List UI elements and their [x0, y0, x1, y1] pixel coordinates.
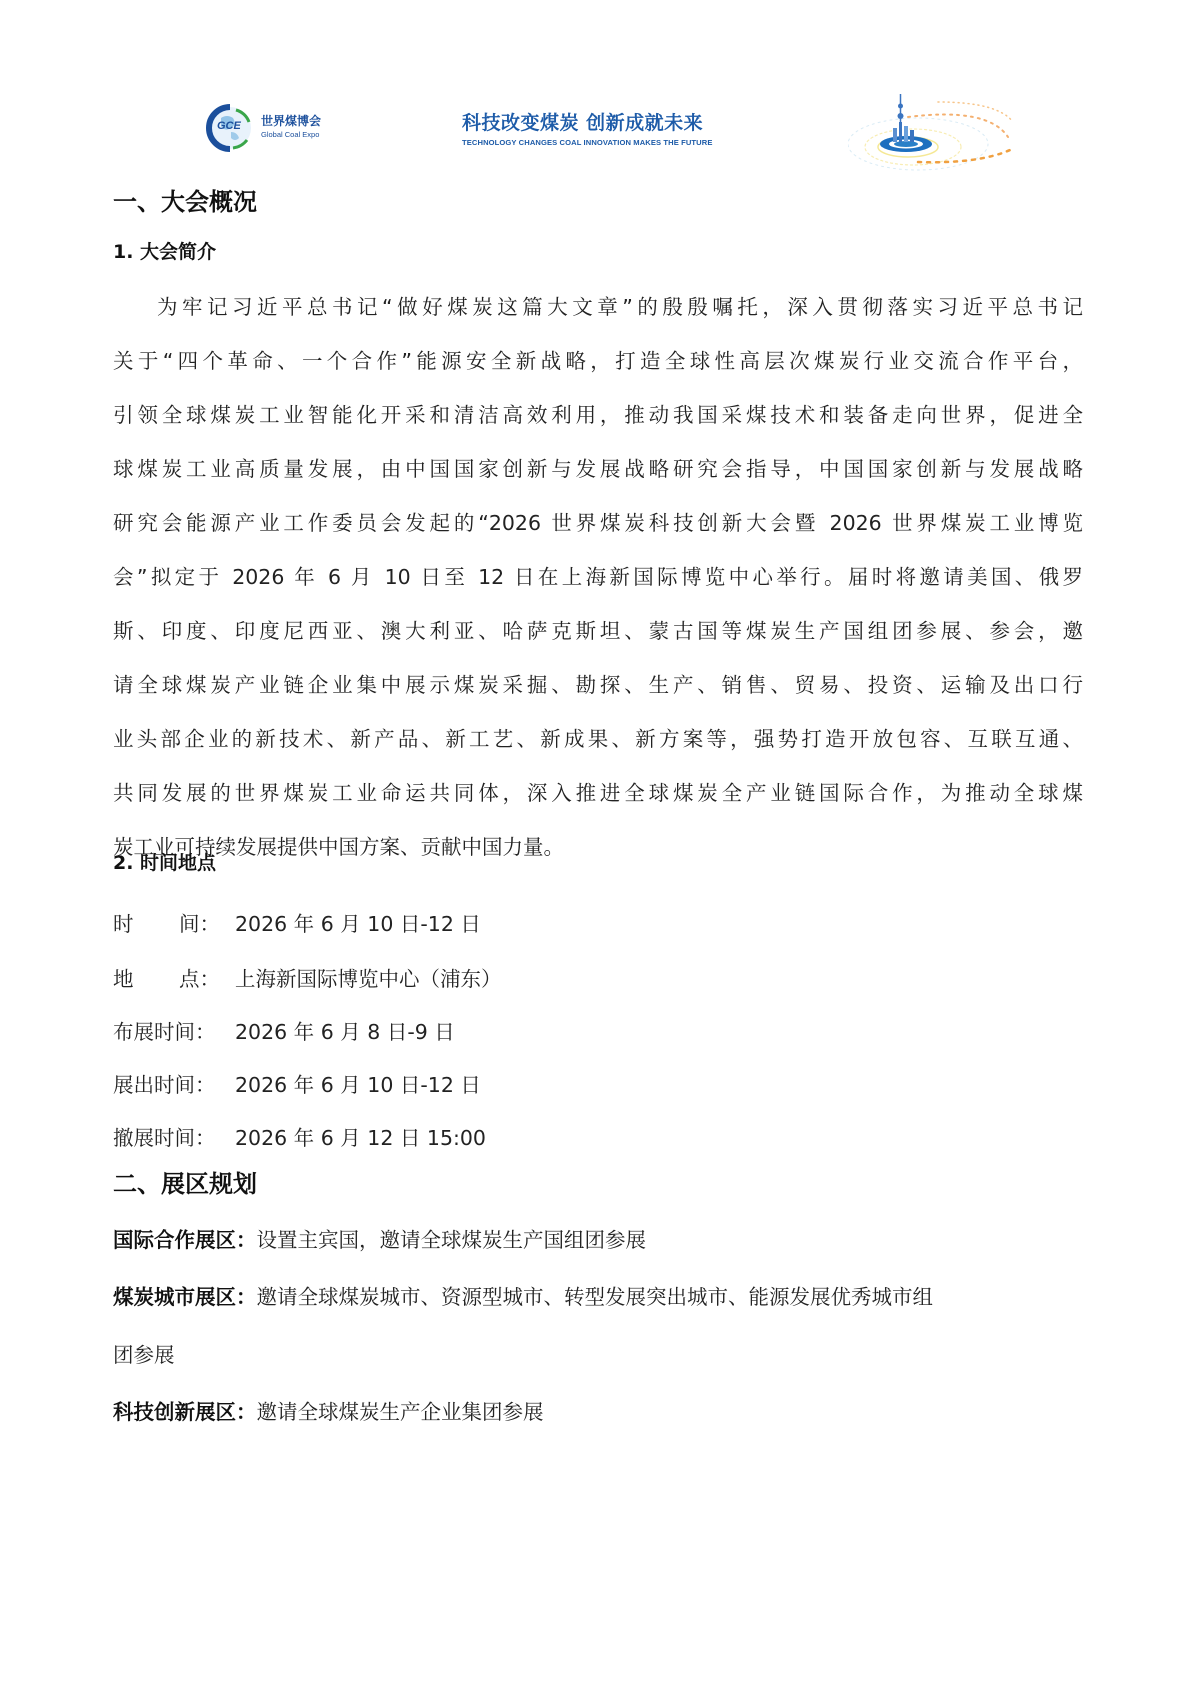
shanghai-tower-orbit-icon: [848, 92, 1018, 172]
paragraph-line: 会”拟定于 2026 年 6 月 10 日至 12 日在上海新国际博览中心举行。…: [113, 550, 1083, 604]
subsection-2-title: 2. 时间地点: [113, 848, 216, 875]
logo-mark: GCE: [217, 120, 241, 132]
zone-tech-innovation: 科技创新展区：邀请全球煤炭生产企业集团参展: [113, 1395, 1083, 1425]
paragraph-line: 球煤炭工业高质量发展，由中国国家创新与发展战略研究会指导，中国国家创新与发展战略: [113, 442, 1083, 496]
info-row-dismantle: 撤展时间：2026 年 6 月 12 日 15:00: [113, 1121, 486, 1151]
global-coal-expo-logo: GCE 世界煤博会 Global Coal Expo: [203, 100, 333, 156]
zone-text-continued: 团参展: [113, 1338, 175, 1368]
section-2-title: 二、展区规划: [113, 1164, 257, 1199]
paragraph-line: 炭工业可持续发展提供中国方案、贡献中国力量。: [113, 820, 1083, 874]
info-label: 撤展时间：: [113, 1121, 235, 1151]
info-row-time: 时间：2026 年 6 月 10 日-12 日: [113, 907, 481, 937]
zone-coal-city: 煤炭城市展区：邀请全球煤炭城市、资源型城市、转型发展突出城市、能源发展优秀城市组…: [113, 1280, 1083, 1310]
paragraph-line: 共同发展的世界煤炭工业命运共同体，深入推进全球煤炭全产业链国际合作，为推动全球煤: [113, 766, 1083, 820]
subsection-1-title: 1. 大会简介: [113, 237, 216, 264]
zone-label: 科技创新展区：: [113, 1400, 257, 1424]
paragraph-line: 业头部企业的新技术、新产品、新工艺、新成果、新方案等，强势打造开放包容、互联互通…: [113, 712, 1083, 766]
info-value: 2026 年 6 月 10 日-12 日: [235, 912, 481, 936]
paragraph-line: 研究会能源产业工作委员会发起的“2026 世界煤炭科技创新大会暨 2026 世界…: [113, 496, 1083, 550]
slogan: 科技改变煤炭 创新成就未来 TECHNOLOGY CHANGES COAL IN…: [462, 108, 732, 147]
slogan-cn: 科技改变煤炭 创新成就未来: [462, 108, 732, 135]
intro-paragraph: 为牢记习近平总书记“做好煤炭这篇大文章”的殷殷嘱托，深入贯彻落实习近平总书记 关…: [113, 280, 1083, 874]
zone-label: 国际合作展区：: [113, 1228, 257, 1252]
paragraph-line: 关于“四个革命、一个合作”能源安全新战略，打造全球性高层次煤炭行业交流合作平台，: [113, 334, 1083, 388]
zone-text: 邀请全球煤炭城市、资源型城市、转型发展突出城市、能源发展优秀城市组: [257, 1285, 934, 1309]
zone-text: 邀请全球煤炭生产企业集团参展: [257, 1400, 544, 1424]
info-label: 布展时间：: [113, 1015, 235, 1045]
zone-text: 设置主宾国，邀请全球煤炭生产国组团参展: [257, 1228, 647, 1252]
zone-international: 国际合作展区：设置主宾国，邀请全球煤炭生产国组团参展: [113, 1223, 1083, 1253]
info-row-exhibition: 展出时间：2026 年 6 月 10 日-12 日: [113, 1068, 481, 1098]
paragraph-line: 请全球煤炭产业链企业集中展示煤炭采掘、勘探、生产、销售、贸易、投资、运输及出口行: [113, 658, 1083, 712]
slogan-en: TECHNOLOGY CHANGES COAL INNOVATION MAKES…: [462, 138, 732, 147]
info-value: 上海新国际博览中心（浦东）: [235, 967, 502, 991]
info-value: 2026 年 6 月 10 日-12 日: [235, 1073, 481, 1097]
zone-label: 煤炭城市展区：: [113, 1285, 257, 1309]
paragraph-line: 斯、印度、印度尼西亚、澳大利亚、哈萨克斯坦、蒙古国等煤炭生产国组团参展、参会，邀: [113, 604, 1083, 658]
info-row-venue: 地点：上海新国际博览中心（浦东）: [113, 962, 502, 992]
info-value: 2026 年 6 月 8 日-9 日: [235, 1020, 455, 1044]
logo-name-cn: 世界煤博会: [261, 112, 321, 129]
paragraph-line: 引领全球煤炭工业智能化开采和清洁高效利用，推动我国采煤技术和装备走向世界，促进全: [113, 388, 1083, 442]
paragraph-line: 为牢记习近平总书记“做好煤炭这篇大文章”的殷殷嘱托，深入贯彻落实习近平总书记: [113, 280, 1083, 334]
info-label: 地点：: [113, 962, 235, 992]
page-header: GCE 世界煤博会 Global Coal Expo 科技改变煤炭 创新成就未来…: [0, 0, 1190, 180]
info-label: 展出时间：: [113, 1068, 235, 1098]
section-1-title: 一、大会概况: [113, 182, 257, 217]
info-value: 2026 年 6 月 12 日 15:00: [235, 1126, 486, 1150]
info-row-setup: 布展时间：2026 年 6 月 8 日-9 日: [113, 1015, 455, 1045]
info-label: 时间：: [113, 907, 235, 937]
logo-name-en: Global Coal Expo: [261, 130, 319, 139]
